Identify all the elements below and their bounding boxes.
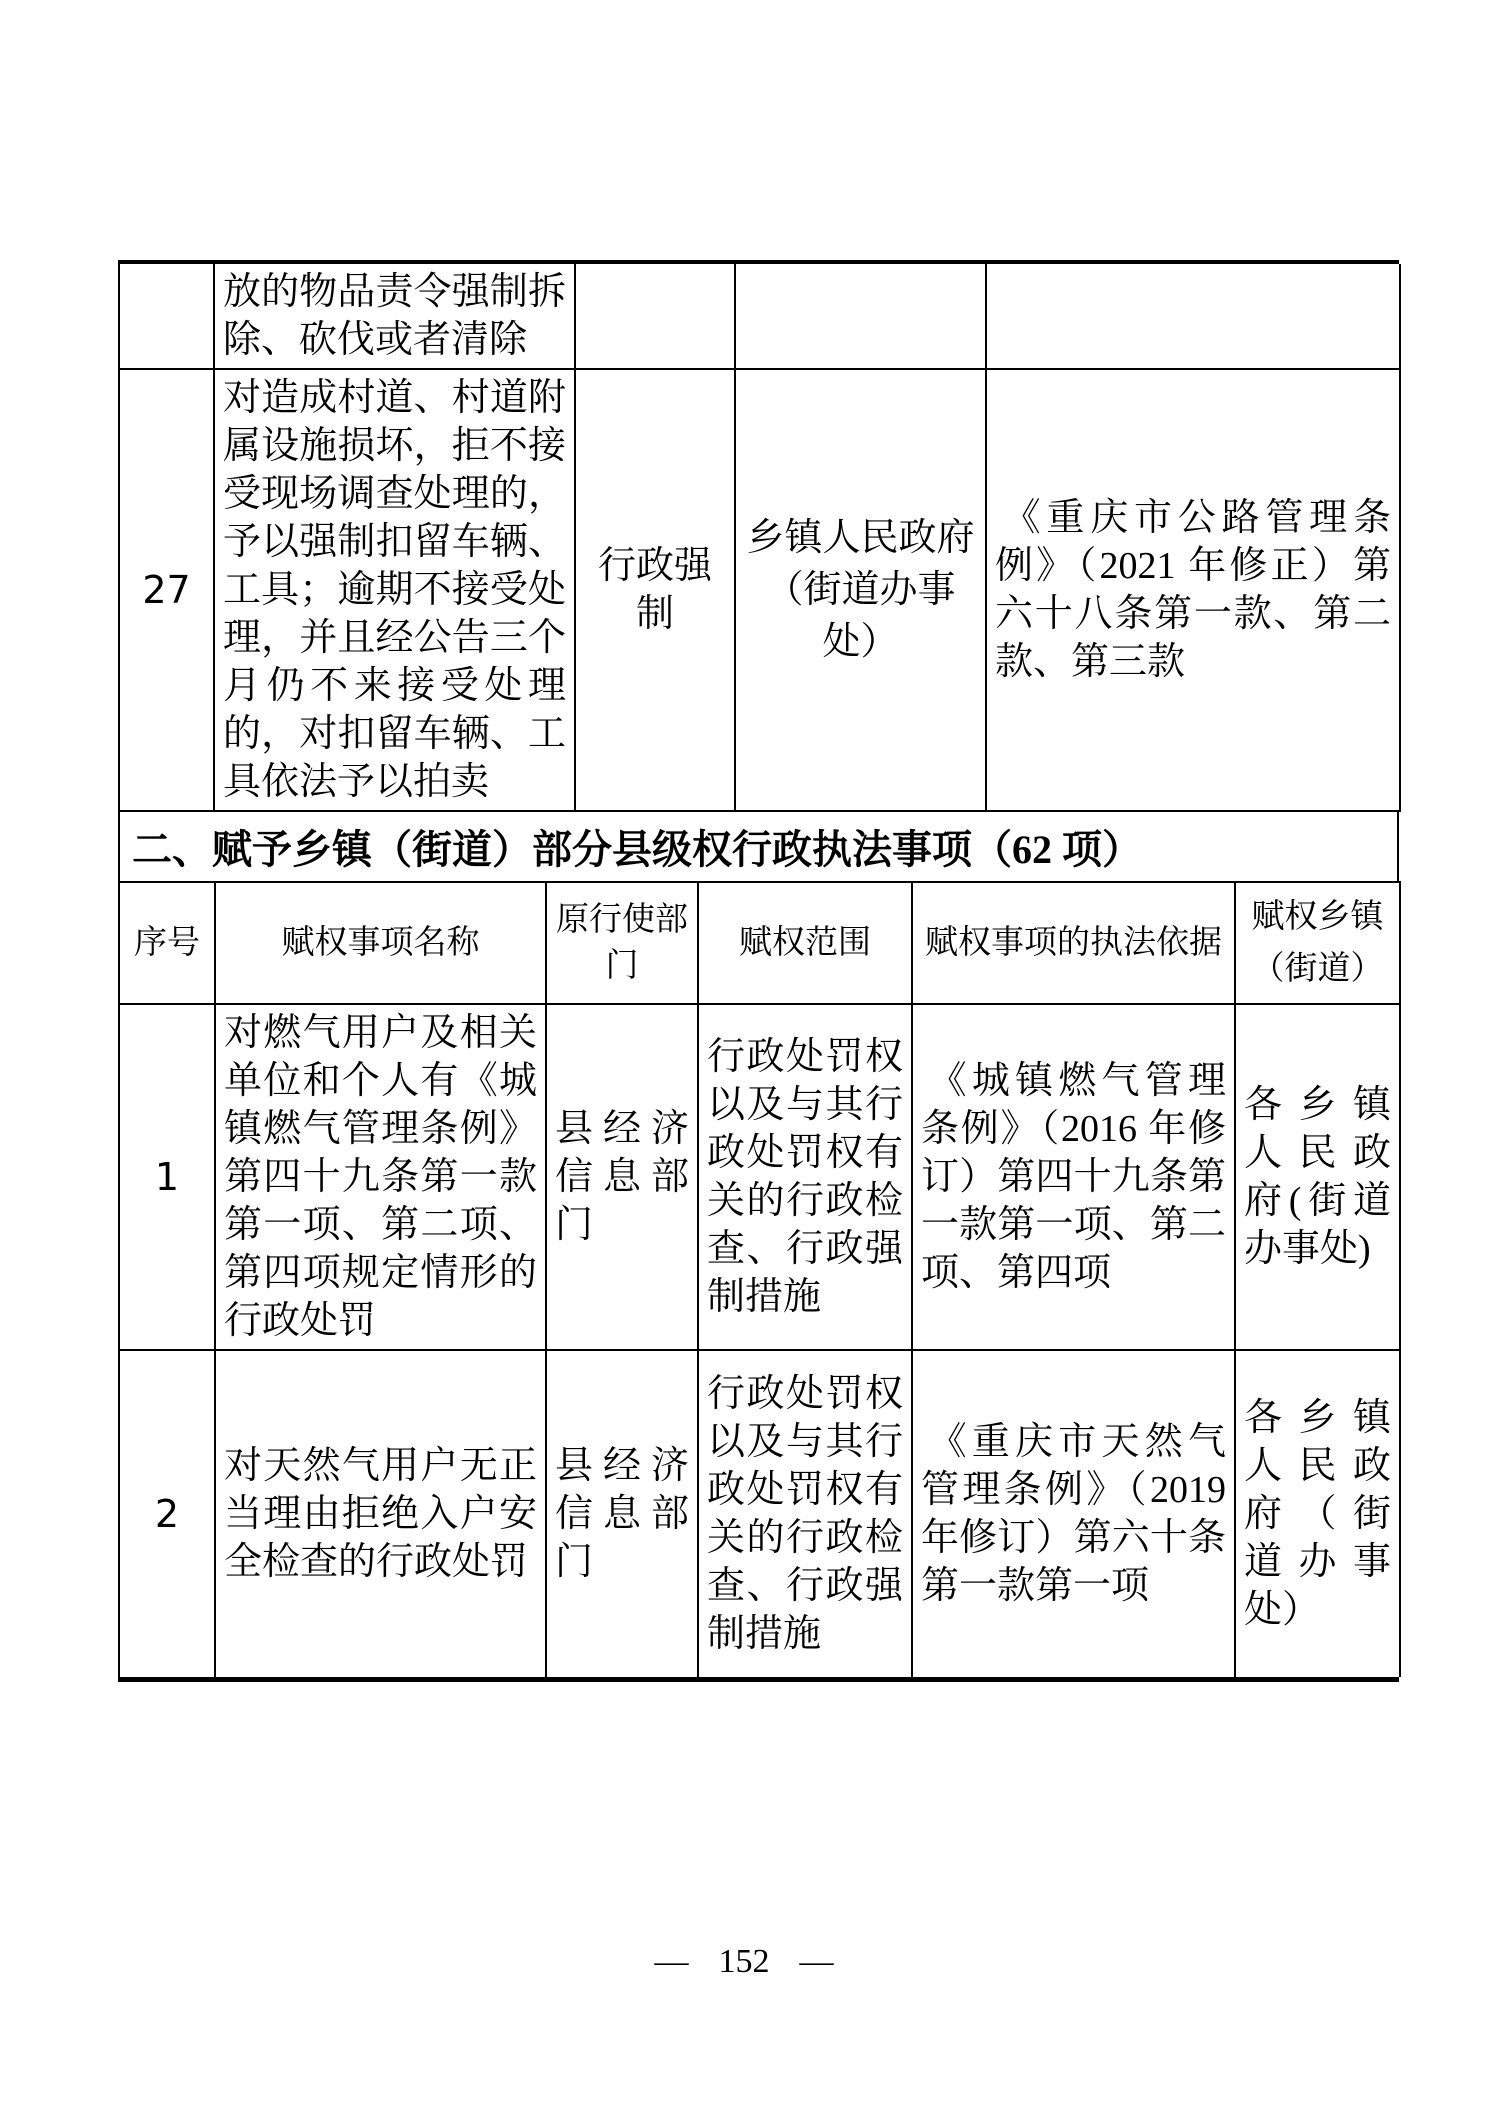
footer-left-dash: —: [655, 1942, 689, 1982]
header-item-name: 赋权事项名称: [215, 882, 546, 1004]
delegated-powers-table: 放的物品责令强制拆除、砍伐或者清除 27 对造成村道、村道附属设施损坏，拒不接受…: [118, 260, 1399, 1682]
page-footer: — 152 —: [0, 1942, 1488, 1982]
header-row: 序号 赋权事项名称 原行使部门 赋权范围 赋权事项的执法依据 赋权乡镇 （街道）: [119, 882, 1400, 1004]
category-cell: 行政强制: [575, 369, 735, 811]
document-page: 放的物品责令强制拆除、砍伐或者清除 27 对造成村道、村道附属设施损坏，拒不接受…: [0, 0, 1488, 2105]
table-row-27: 27 对造成村道、村道附属设施损坏，拒不接受现场调查处理的，予以强制扣留车辆、工…: [119, 369, 1400, 811]
section-header-bar: 二、赋予乡镇（街道）部分县级权行政执法事项（62 项）: [118, 812, 1399, 881]
scope-cell: 行政处罚权以及与其行政处罚权有关的行政检查、行政强制措施: [698, 1004, 912, 1350]
continuation-row: 放的物品责令强制拆除、砍伐或者清除: [119, 264, 1400, 369]
category-cell: [575, 264, 735, 369]
department-cell: 县经济信息部门: [546, 1350, 698, 1677]
department-cell: 县经济信息部门: [546, 1004, 698, 1350]
town-cell: 各乡镇人民政府（街道办事处）: [1235, 1350, 1400, 1677]
item-name-cell: 放的物品责令强制拆除、砍伐或者清除: [214, 264, 575, 369]
authority-line-2: （街道办事处）: [744, 564, 977, 668]
authority-cell: 乡镇人民政府 （街道办事处）: [735, 369, 986, 811]
header-scope: 赋权范围: [698, 882, 912, 1004]
footer-right-dash: —: [800, 1942, 834, 1982]
seq-cell: 2: [119, 1350, 215, 1677]
header-original-department: 原行使部门: [546, 882, 698, 1004]
table-row-1: 1 对燃气用户及相关单位和个人有《城镇燃气管理条例》第四十九条第一款第一项、第二…: [119, 1004, 1400, 1350]
header-legal-basis: 赋权事项的执法依据: [912, 882, 1235, 1004]
header-town: 赋权乡镇 （街道）: [1235, 882, 1400, 1004]
legal-basis-cell: [986, 264, 1400, 369]
legal-basis-cell: 《城镇燃气管理条例》（2016 年修订）第四十九条第一款第一项、第二项、第四项: [912, 1004, 1235, 1350]
header-town-line-1: 赋权乡镇: [1244, 891, 1391, 943]
seq-cell: 1: [119, 1004, 215, 1350]
section-two-table: 序号 赋权事项名称 原行使部门 赋权范围 赋权事项的执法依据 赋权乡镇 （街道）…: [118, 881, 1401, 1677]
seq-cell: 27: [119, 369, 214, 811]
item-name-cell: 对造成村道、村道附属设施损坏，拒不接受现场调查处理的，予以强制扣留车辆、工具；逾…: [214, 369, 575, 811]
authority-line-1: 乡镇人民政府: [744, 512, 977, 564]
header-seq: 序号: [119, 882, 215, 1004]
legal-basis-cell: 《重庆市天然气管理条例》（2019年修订）第六十条第一款第一项: [912, 1350, 1235, 1677]
scope-cell: 行政处罚权以及与其行政处罚权有关的行政检查、行政强制措施: [698, 1350, 912, 1677]
table-row-2: 2 对天然气用户无正当理由拒绝入户安全检查的行政处罚 县经济信息部门 行政处罚权…: [119, 1350, 1400, 1677]
section-title: 二、赋予乡镇（街道）部分县级权行政执法事项（62 项）: [132, 818, 1142, 875]
town-cell: 各乡镇人民政府(街道办事处): [1235, 1004, 1400, 1350]
item-name-cell: 对燃气用户及相关单位和个人有《城镇燃气管理条例》第四十九条第一款第一项、第二项、…: [215, 1004, 546, 1350]
upper-continuation-table: 放的物品责令强制拆除、砍伐或者清除 27 对造成村道、村道附属设施损坏，拒不接受…: [118, 264, 1401, 812]
seq-cell: [119, 264, 214, 369]
item-name-cell: 对天然气用户无正当理由拒绝入户安全检查的行政处罚: [215, 1350, 546, 1677]
legal-basis-cell: 《重庆市公路管理条例》（2021 年修正）第六十八条第一款、第二款、第三款: [986, 369, 1400, 811]
page-number: 152: [719, 1942, 770, 1982]
header-town-line-2: （街道）: [1244, 943, 1391, 995]
authority-cell: [735, 264, 986, 369]
